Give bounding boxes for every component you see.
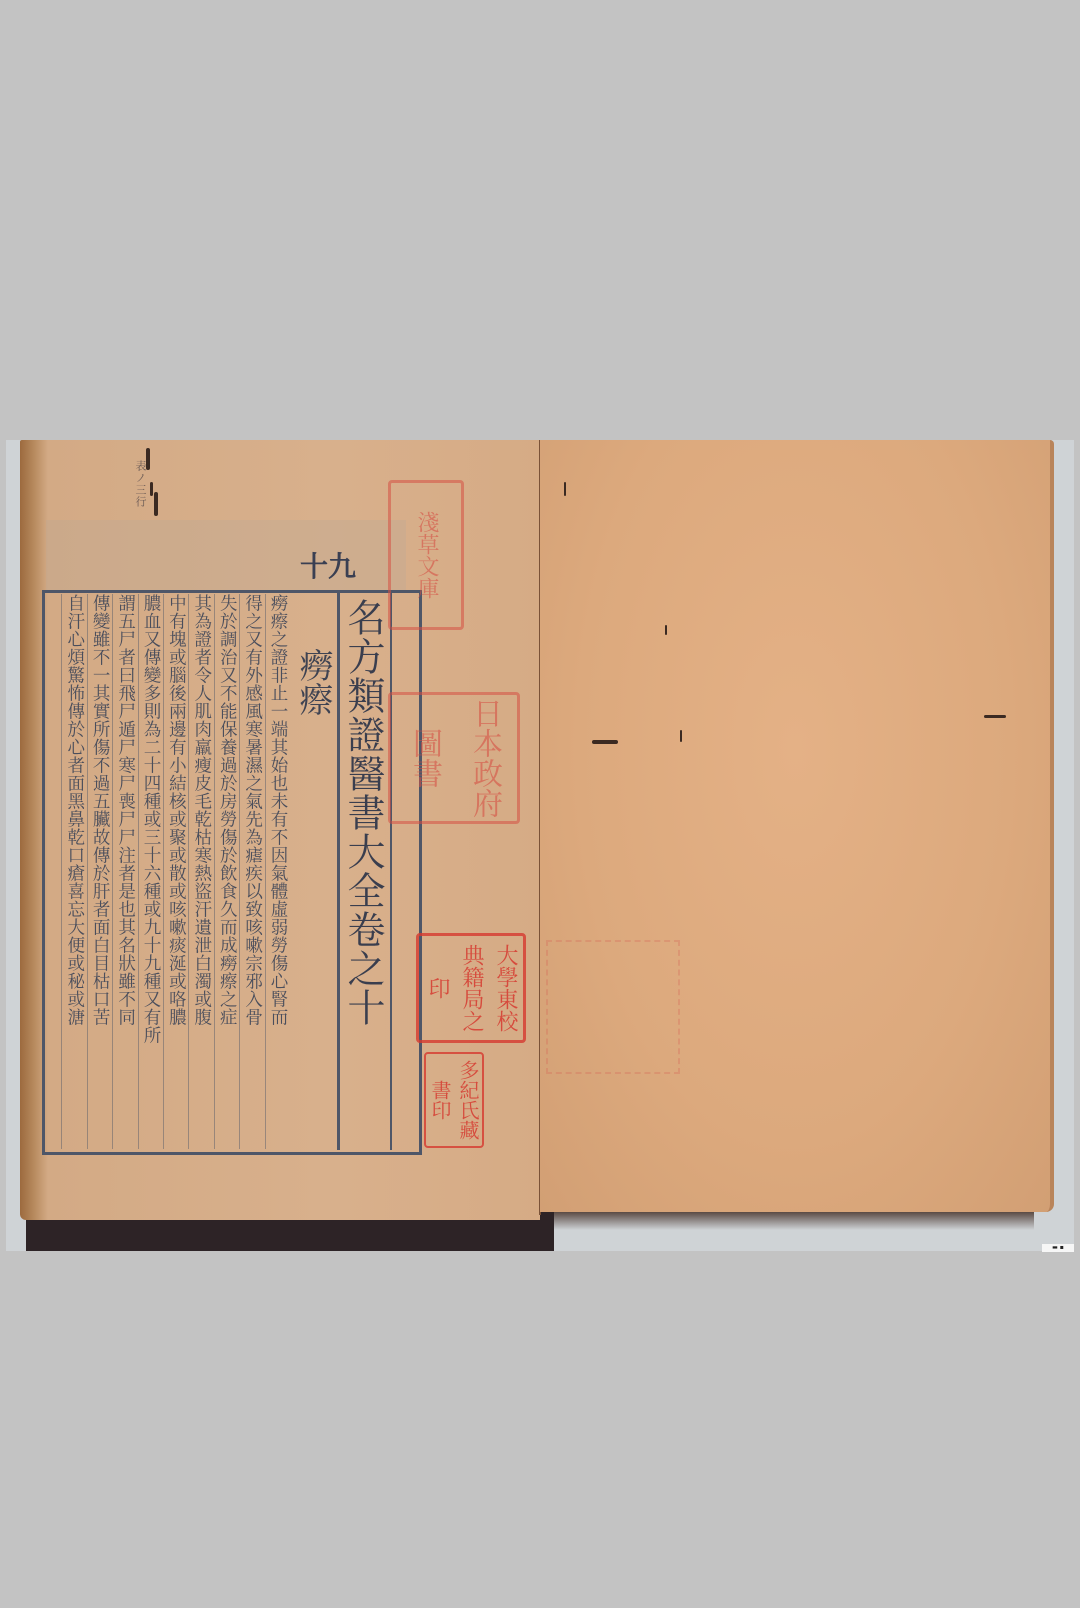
- right-page: [540, 440, 1054, 1212]
- ink-stroke: [154, 492, 158, 516]
- book-shadow-right: [554, 1212, 1034, 1230]
- wormhole-mark: [984, 715, 1006, 718]
- left-page: 表ノ三行 十九 名方類證醫書大全卷之十 癆瘵 癆瘵之證非止一端其始也未有不因氣體…: [20, 440, 540, 1220]
- seal-stamp: 日本政府圖書: [388, 692, 520, 824]
- text-column: 自汗心煩驚怖傳於心者面黑鼻乾口瘡喜忘大便或秘或溏: [61, 594, 86, 1149]
- ink-stroke: [146, 448, 150, 470]
- text-column: 癆瘵之證非止一端其始也未有不因氣體虛弱勞傷心腎而: [265, 594, 290, 1149]
- text-column: 膿血又傳變多則為二十四種或三十六種或九十九種又有所: [138, 594, 163, 1149]
- image-viewer: 表ノ三行 十九 名方類證醫書大全卷之十 癆瘵 癆瘵之證非止一端其始也未有不因氣體…: [0, 0, 1080, 1608]
- text-column: 得之又有外感風寒暑濕之氣先為瘧疾以致咳嗽宗邪入骨: [239, 594, 264, 1149]
- book-title-column: 名方類證醫書大全卷之十: [338, 590, 392, 1150]
- text-column: 其為證者令人肌肉羸瘦皮毛乾枯寒熱盜汗遺泄白濁或腹: [188, 594, 213, 1149]
- ink-stroke: [150, 482, 153, 496]
- text-column: 謂五尸者曰飛尸遁尸寒尸喪尸尸注者是也其名狀雖不同: [112, 594, 137, 1149]
- body-text: 癆瘵之證非止一端其始也未有不因氣體虛弱勞傷心腎而 得之又有外感風寒暑濕之氣先為瘧…: [46, 594, 290, 1149]
- text-column: 傳變雖不一其實所傷不過五臟故傳於肝者面白目枯口苦: [87, 594, 112, 1149]
- seal-stamp: 淺草文庫: [388, 480, 464, 630]
- wormhole-mark: [592, 740, 618, 744]
- seal-stamp: 大學東校典籍局之印: [416, 933, 526, 1043]
- section-heading: 癆瘵: [290, 590, 338, 1150]
- book-photo: 表ノ三行 十九 名方類證醫書大全卷之十 癆瘵 癆瘵之證非止一端其始也未有不因氣體…: [6, 440, 1074, 1251]
- wormhole-mark: [564, 482, 566, 496]
- seal-offset-ghost: [546, 940, 680, 1074]
- text-column: 失於調治又不能保養過於房勞傷於飲食久而成癆瘵之症: [214, 594, 239, 1149]
- corner-label: ▬ ▪: [1042, 1244, 1074, 1252]
- folio-number: 十九: [300, 545, 356, 585]
- wormhole-mark: [665, 625, 667, 635]
- wormhole-mark: [680, 730, 682, 742]
- seal-stamp: 多紀氏藏書印: [424, 1052, 484, 1148]
- text-column: 中有塊或腦後兩邊有小結核或聚或散或咳嗽痰涎或咯膿: [163, 594, 188, 1149]
